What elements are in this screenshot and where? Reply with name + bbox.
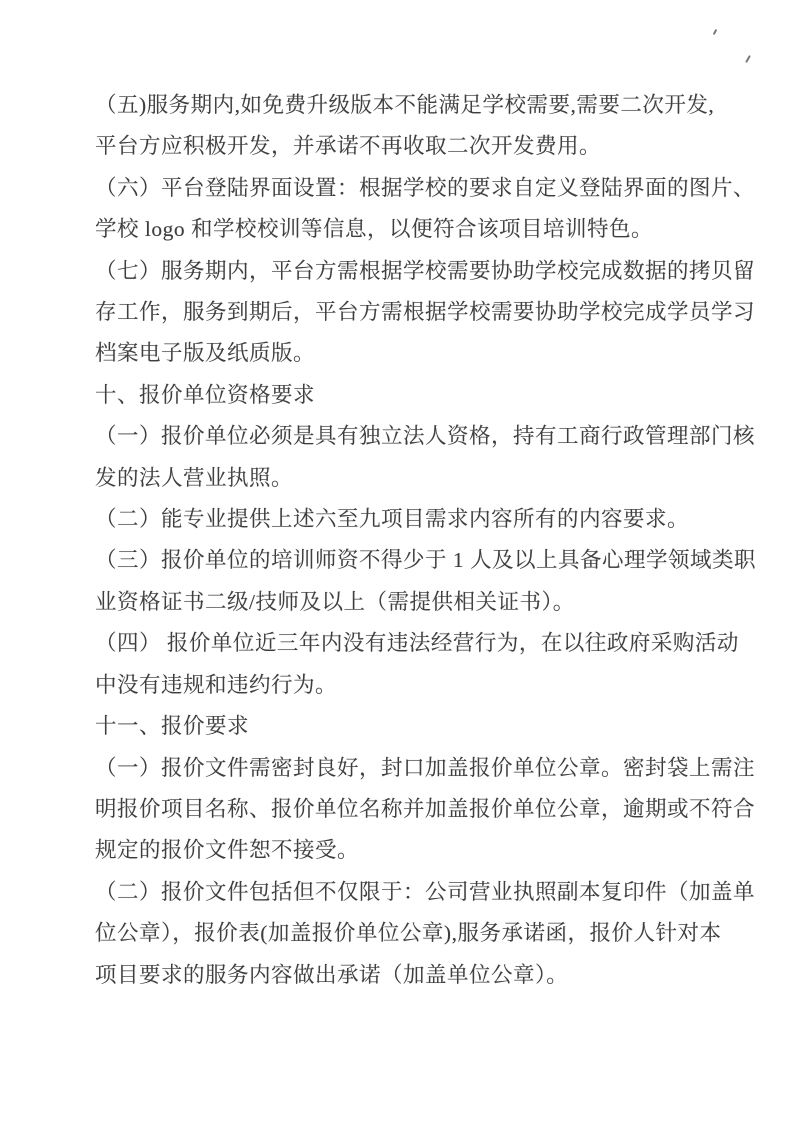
text-line: （一）报价文件需密封良好，封口加盖报价单位公章。密封袋上需注 [95,748,735,789]
text-line: 中没有违规和违约行为。 [95,665,735,706]
text-line: 存工作，服务到期后，平台方需根据学校需要协助学校完成学员学习 [95,292,735,333]
document-page: （五)服务期内,如免费升级版本不能满足学校需要,需要二次开发,平台方应积极开发，… [0,0,793,1121]
text-line: （一）报价单位必须是具有独立法人资格，持有工商行政管理部门核 [95,416,735,457]
text-line: 十、报价单位资格要求 [95,375,735,416]
text-line: 项目要求的服务内容做出承诺（加盖单位公章）。 [95,955,735,996]
text-line: （二）报价文件包括但不仅限于：公司营业执照副本复印件（加盖单 [95,872,735,913]
text-line: （三）报价单位的培训师资不得少于 1 人及以上具备心理学领域类职 [95,540,735,581]
text-line: 明报价项目名称、报价单位名称并加盖报价单位公章，逾期或不符合 [95,789,735,830]
text-line: （五)服务期内,如免费升级版本不能满足学校需要,需要二次开发, [95,85,735,126]
text-line: 平台方应积极开发，并承诺不再收取二次开发费用。 [95,126,735,167]
text-line: 发的法人营业执照。 [95,458,735,499]
scan-speck-icon [745,55,751,63]
text-line: （二）能专业提供上述六至九项目需求内容所有的内容要求。 [95,499,735,540]
scan-speck-icon [713,29,718,35]
document-text-block: （五)服务期内,如免费升级版本不能满足学校需要,需要二次开发,平台方应积极开发，… [95,85,735,996]
text-line: 十一、报价要求 [95,706,735,747]
text-line: （七）服务期内，平台方需根据学校需要协助学校完成数据的拷贝留 [95,251,735,292]
text-line: 位公章），报价表(加盖报价单位公章),服务承诺函，报价人针对本 [95,913,735,954]
text-line: 规定的报价文件恕不接受。 [95,830,735,871]
text-line: （四） 报价单位近三年内没有违法经营行为，在以往政府采购活动 [95,623,735,664]
text-line: 学校 logo 和学校校训等信息，以便符合该项目培训特色。 [95,209,735,250]
text-line: 档案电子版及纸质版。 [95,333,735,374]
text-line: （六）平台登陆界面设置：根据学校的要求自定义登陆界面的图片、 [95,168,735,209]
text-line: 业资格证书二级/技师及以上（需提供相关证书）。 [95,582,735,623]
